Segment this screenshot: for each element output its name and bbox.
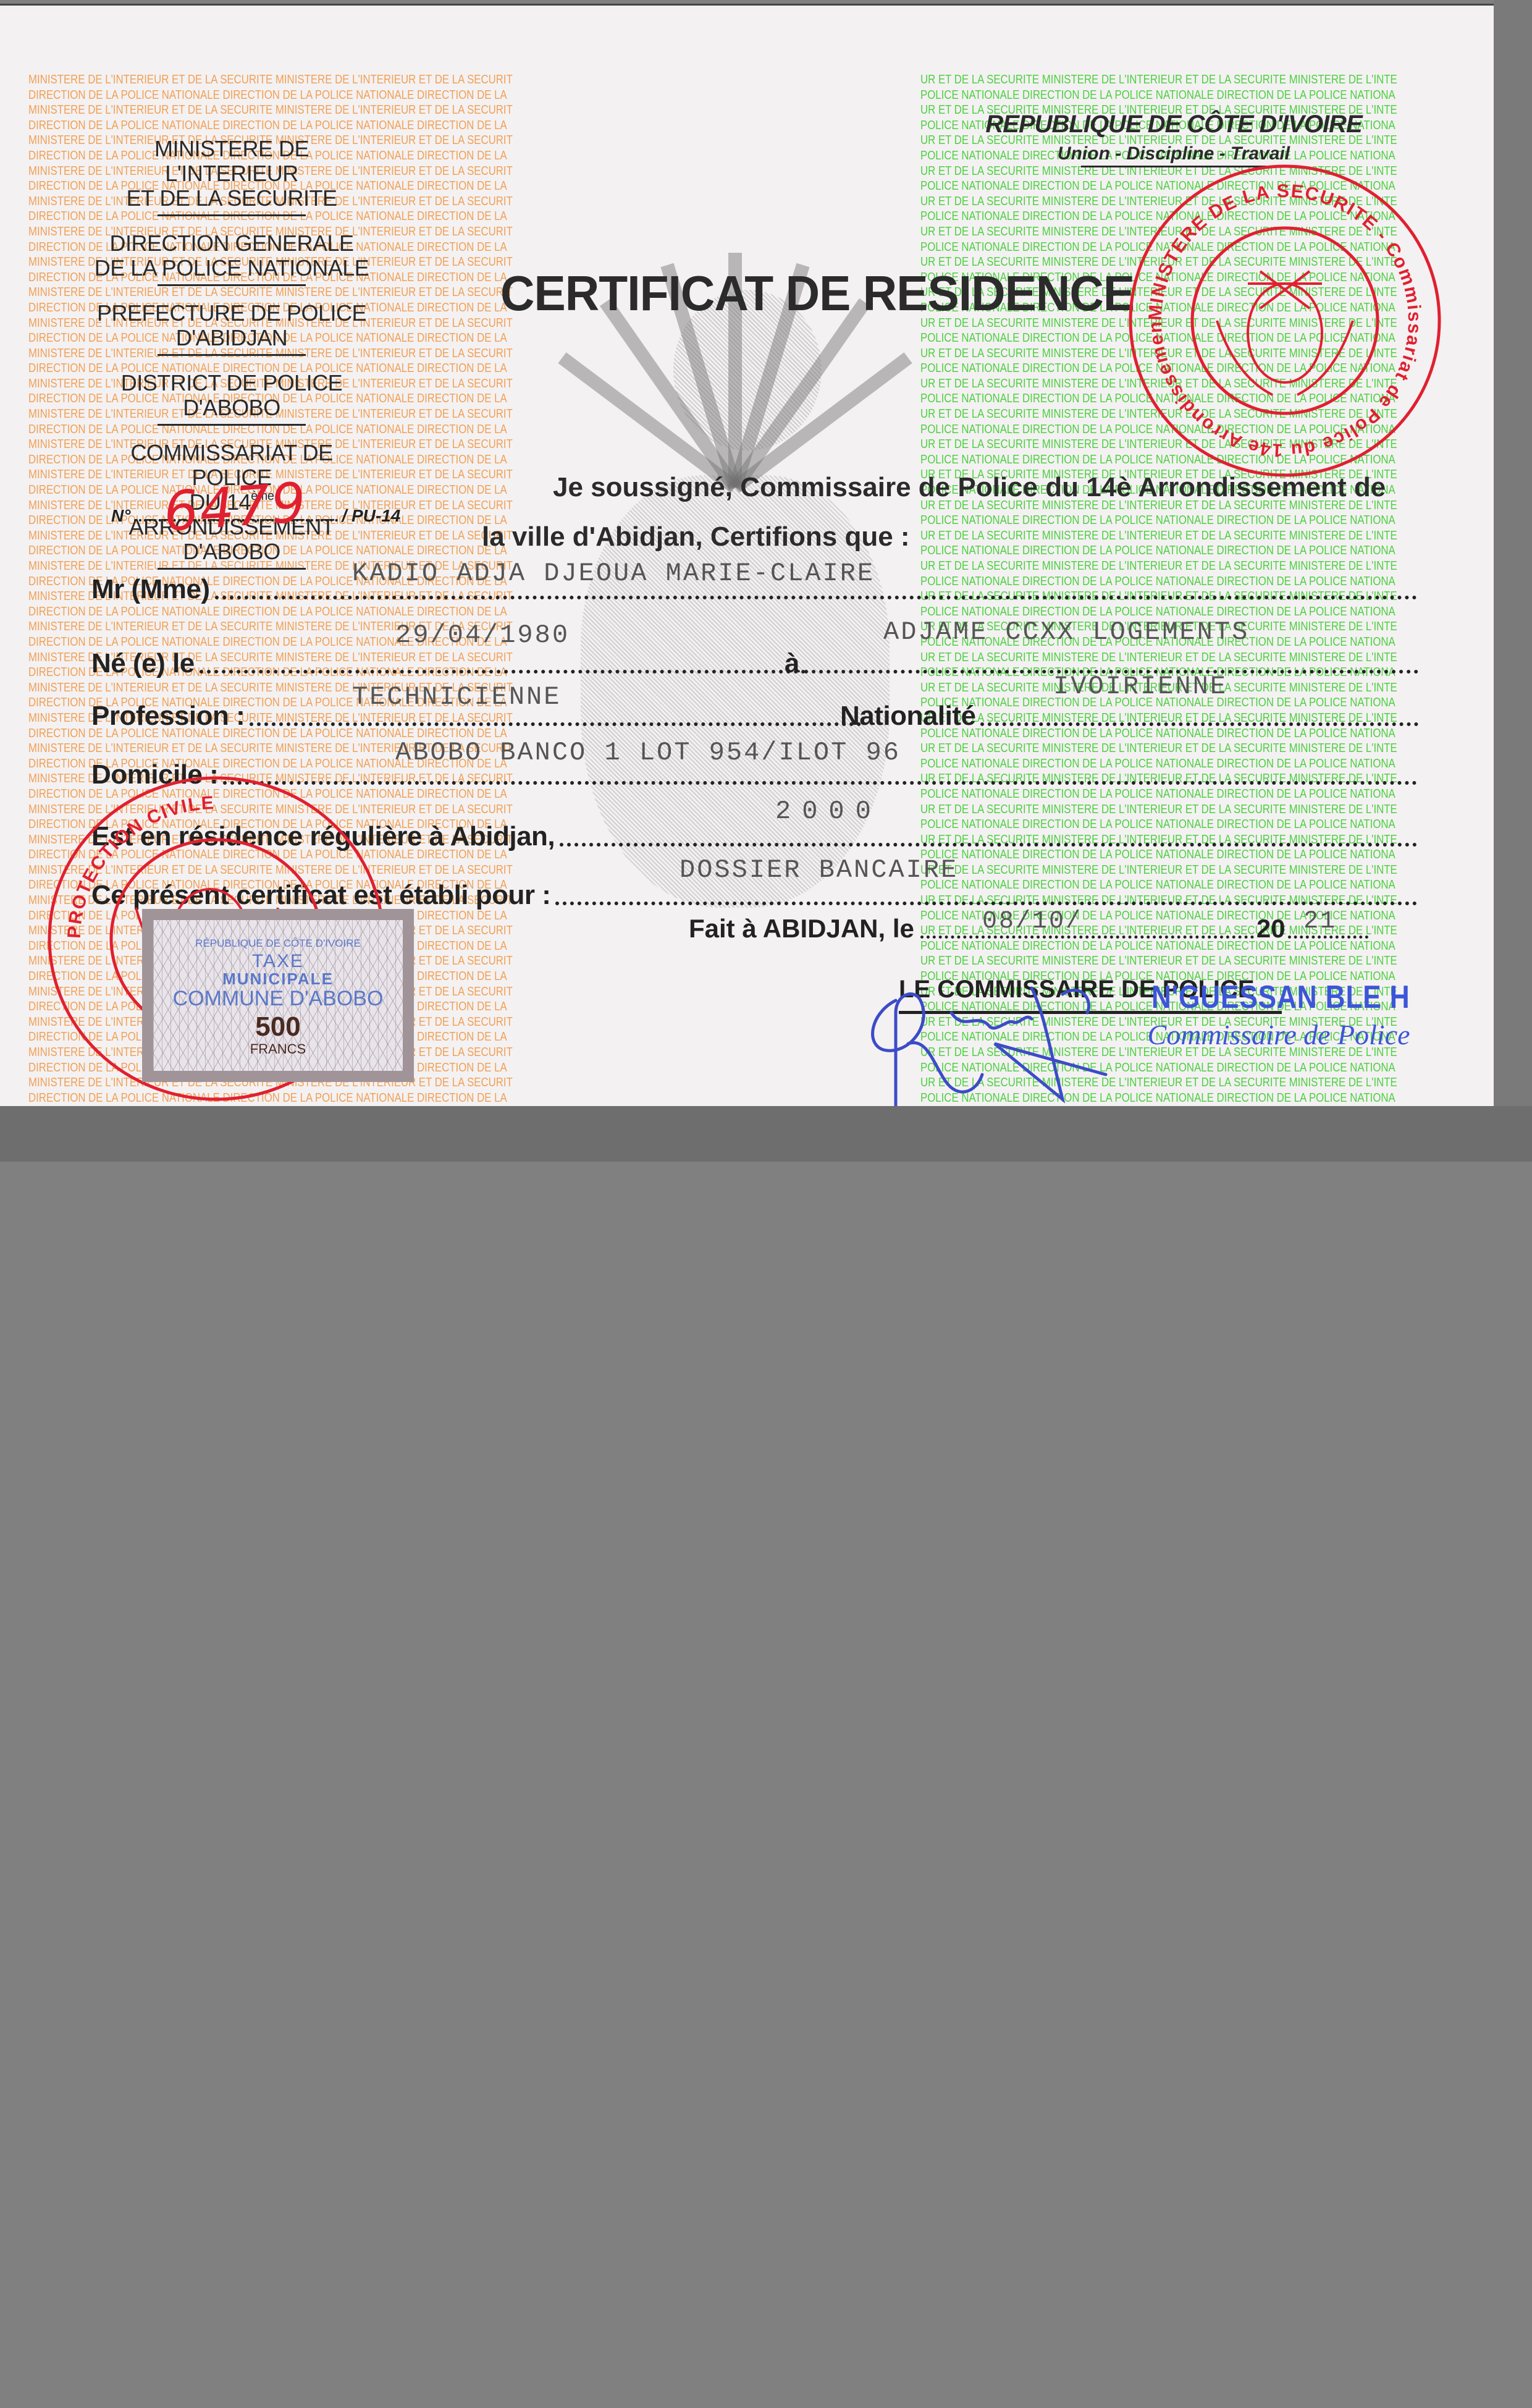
official-seal-icon: MINISTERE DE LA SECURITE - Commissariat … bbox=[1124, 160, 1446, 481]
value-issue-day-month: 08/10/ bbox=[982, 908, 1082, 936]
republic-header: REPUBLIQUE DE CÔTE D'IVOIRE Union - Disc… bbox=[939, 111, 1408, 167]
document-title: CERTIFICAT DE RESIDENCE bbox=[500, 265, 1134, 322]
value-issue-year: 21 bbox=[1303, 908, 1337, 936]
scanner-edge bbox=[1494, 0, 1532, 1131]
divider bbox=[158, 214, 306, 216]
value-name: KADIO ADJA DJEOUA MARIE-CLAIRE bbox=[352, 559, 875, 588]
signature-icon bbox=[859, 976, 1205, 1107]
value-nationality: IVOIRIENNE bbox=[1053, 672, 1227, 701]
divider bbox=[158, 284, 306, 286]
header-ministry: MINISTERE DE L'INTERIEUR ET DE LA SECURI… bbox=[93, 137, 371, 216]
certificate-page: MINISTERE DE L'INTERIEUR ET DE LA SECURI… bbox=[0, 4, 1494, 1107]
divider bbox=[158, 568, 306, 570]
value-birth-date: 29/04/1980 bbox=[395, 620, 570, 650]
header-prefecture: PREFECTURE DE POLICE D'ABIDJAN bbox=[93, 301, 371, 356]
country-name: REPUBLIQUE DE CÔTE D'IVOIRE bbox=[939, 111, 1408, 138]
handwritten-number: 6479 bbox=[162, 470, 309, 544]
municipal-tax-stamp: RÉPUBLIQUE DE CÔTE D'IVOIRE TAXE MUNICIP… bbox=[142, 909, 414, 1082]
field-nationality: Nationalité bbox=[840, 701, 1421, 732]
value-purpose: DOSSIER BANCAIRE bbox=[680, 855, 958, 885]
value-residence: 2000 bbox=[775, 796, 882, 826]
value-profession: TECHNICIENNE bbox=[352, 682, 561, 712]
field-birth-date: Né (e) le bbox=[91, 648, 808, 679]
divider bbox=[158, 424, 306, 426]
header-direction: DIRECTION GENERALE DE LA POLICE NATIONAL… bbox=[93, 231, 371, 286]
value-domicile: ABOBO BANCO 1 LOT 954/ILOT 96 bbox=[395, 738, 901, 767]
scanner-bed bbox=[0, 1106, 1532, 1162]
divider bbox=[158, 354, 306, 356]
value-birth-place: ADJAME CCXX LOGEMENTS bbox=[883, 617, 1249, 647]
national-motto: Union - Discipline - Travail bbox=[939, 143, 1408, 164]
header-district: DISTRICT DE POLICE D'ABOBO bbox=[93, 371, 371, 426]
